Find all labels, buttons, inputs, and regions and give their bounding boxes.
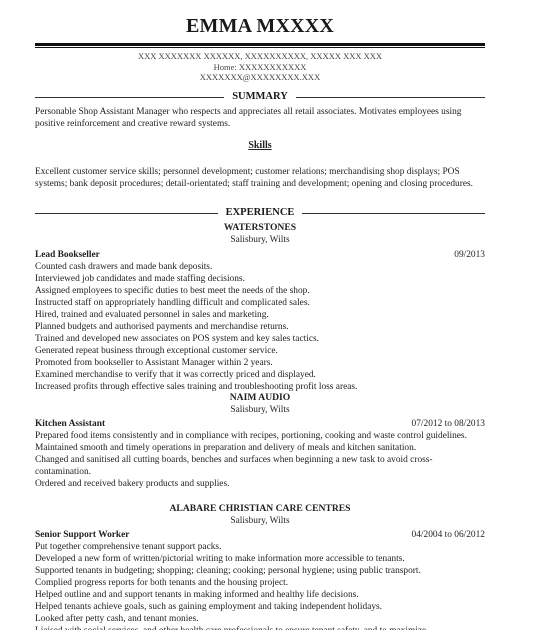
job-dates: 07/2012 to 08/2013 [412,418,485,430]
duty: Assigned employees to specific duties to… [35,285,485,297]
company-location: Salisbury, Wilts [35,404,485,416]
duty: Instructed staff on appropriately handli… [35,297,485,309]
duty: Interviewed job candidates and made staf… [35,273,485,285]
duty: Examined merchandise to verify that it w… [35,369,485,381]
header-divider [35,43,485,48]
skills-heading: Skills [35,140,485,152]
role-row: Kitchen Assistant 07/2012 to 08/2013 [35,418,485,430]
duty: Trained and developed new associates on … [35,333,485,345]
contact-block: XXX XXXXXXX XXXXXX, XXXXXXXXXX, XXXXX XX… [35,51,485,83]
role-row: Lead Bookseller 09/2013 [35,249,485,261]
summary-heading: SUMMARY [35,91,485,103]
duty: Promoted from bookseller to Assistant Ma… [35,357,485,369]
employer-block: NAIM AUDIO Salisbury, Wilts [35,392,485,416]
job-title: Lead Bookseller [35,249,100,261]
duty: Generated repeat business through except… [35,345,485,357]
employer-block: ALABARE CHRISTIAN CARE CENTRES Salisbury… [35,503,485,527]
email: XXXXXXX@XXXXXXXX.XXX [35,72,485,83]
company-name: ALABARE CHRISTIAN CARE CENTRES [35,503,485,515]
resume-page: EMMA MXXXX XXX XXXXXXX XXXXXX, XXXXXXXXX… [0,0,538,630]
company-name: NAIM AUDIO [35,392,485,404]
summary-text: Personable Shop Assistant Manager who re… [35,106,485,130]
duty: Maintained smooth and timely operations … [35,442,485,454]
experience-heading: EXPERIENCE [35,207,485,219]
duty: Helped outline and and support tenants i… [35,589,485,601]
address: XXX XXXXXXX XXXXXX, XXXXXXXXXX, XXXXX XX… [35,51,485,62]
company-location: Salisbury, Wilts [35,234,485,246]
duty: Planned budgets and authorised payments … [35,321,485,333]
duty: Changed and sanitised all cutting boards… [35,454,485,478]
candidate-name: EMMA MXXXX [35,14,485,38]
duty: Helped tenants achieve goals, such as ga… [35,601,485,613]
job-duties: Put together comprehensive tenant suppor… [35,541,485,630]
duty: Ordered and received bakery products and… [35,478,485,490]
job-duties: Counted cash drawers and made bank depos… [35,261,485,393]
duty: Liaised with social services, and other … [35,625,485,630]
skills-text: Excellent customer service skills; perso… [35,166,485,190]
duty: Prepared food items consistently and in … [35,430,485,442]
employer-block: WATERSTONES Salisbury, Wilts [35,222,485,246]
duty: Looked after petty cash, and tenant moni… [35,613,485,625]
duty: Developed a new form of written/pictoria… [35,553,485,565]
job-duties: Prepared food items consistently and in … [35,430,485,490]
job-title: Senior Support Worker [35,529,129,541]
duty: Complied progress reports for both tenan… [35,577,485,589]
job-title: Kitchen Assistant [35,418,105,430]
company-name: WATERSTONES [35,222,485,234]
company-location: Salisbury, Wilts [35,515,485,527]
home-phone: Home: XXXXXXXXXXX [35,62,485,73]
role-row: Senior Support Worker 04/2004 to 06/2012 [35,529,485,541]
duty: Counted cash drawers and made bank depos… [35,261,485,273]
duty: Put together comprehensive tenant suppor… [35,541,485,553]
duty: Supported tenants in budgeting; shopping… [35,565,485,577]
job-dates: 04/2004 to 06/2012 [412,529,485,541]
job-dates: 09/2013 [454,249,485,261]
duty: Hired, trained and evaluated personnel i… [35,309,485,321]
